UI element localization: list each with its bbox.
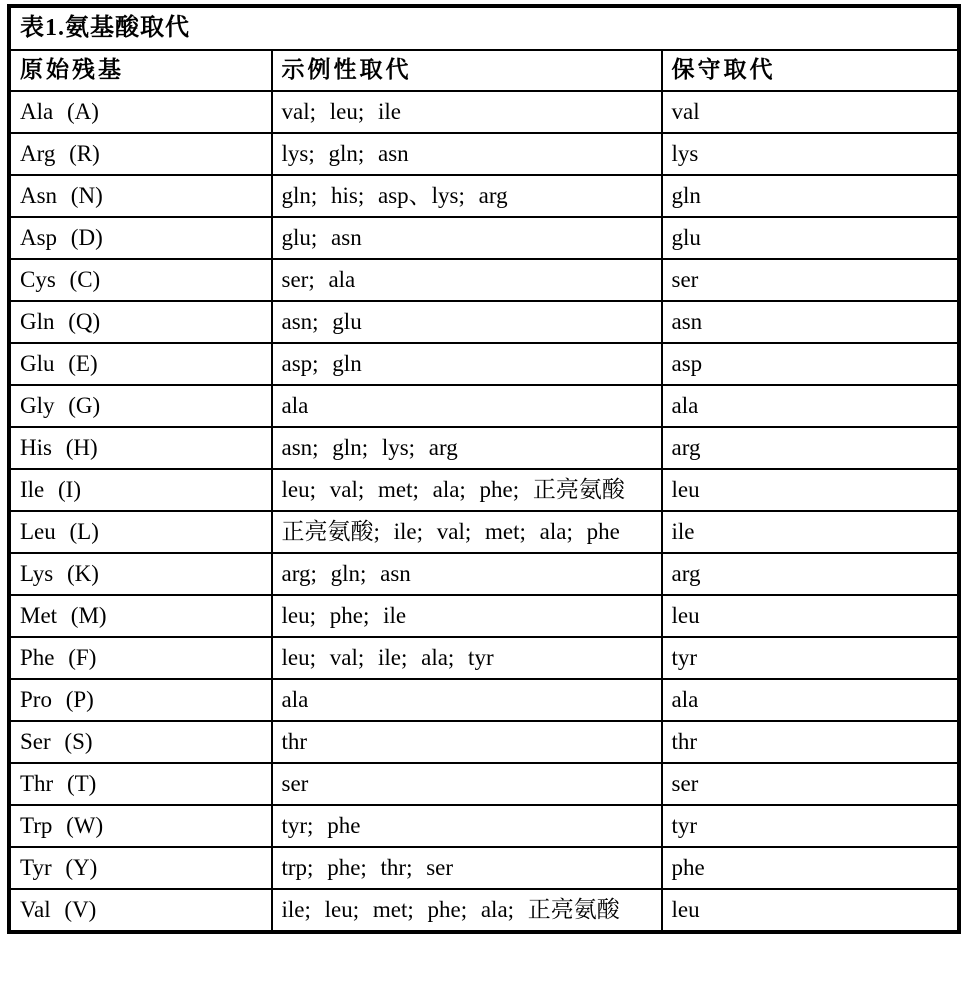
original-residue-cell: Ser (S) xyxy=(10,721,272,763)
table-row: Ala (A) val; leu; ile val xyxy=(10,91,959,133)
table-row: Phe (F) leu; val; ile; ala; tyr tyr xyxy=(10,637,959,679)
table-row: Trp (W) tyr; phe tyr xyxy=(10,805,959,847)
conservative-substitutions-cell: ser xyxy=(662,259,959,301)
exemplary-substitutions-cell: ala xyxy=(272,679,662,721)
conservative-substitutions-cell: leu xyxy=(662,889,959,932)
table-row: Tyr (Y) trp; phe; thr; ser phe xyxy=(10,847,959,889)
table-title-row: 表1.氨基酸取代 xyxy=(10,7,959,51)
exemplary-substitutions-cell: 正亮氨酸; ile; val; met; ala; phe xyxy=(272,511,662,553)
table-row: Gln (Q) asn; glu asn xyxy=(10,301,959,343)
exemplary-substitutions-cell: ile; leu; met; phe; ala; 正亮氨酸 xyxy=(272,889,662,932)
table-row: Pro (P) ala ala xyxy=(10,679,959,721)
table-row: Asp (D) glu; asn glu xyxy=(10,217,959,259)
table-row: Met (M) leu; phe; ile leu xyxy=(10,595,959,637)
exemplary-substitutions-cell: glu; asn xyxy=(272,217,662,259)
conservative-substitutions-cell: tyr xyxy=(662,805,959,847)
exemplary-substitutions-cell: trp; phe; thr; ser xyxy=(272,847,662,889)
column-header-original-residue: 原始残基 xyxy=(10,50,272,91)
original-residue-cell: Asp (D) xyxy=(10,217,272,259)
column-header-exemplary-substitutions: 示例性取代 xyxy=(272,50,662,91)
original-residue-cell: Asn (N) xyxy=(10,175,272,217)
conservative-substitutions-cell: thr xyxy=(662,721,959,763)
exemplary-substitutions-cell: leu; val; ile; ala; tyr xyxy=(272,637,662,679)
original-residue-cell: His (H) xyxy=(10,427,272,469)
exemplary-substitutions-cell: arg; gln; asn xyxy=(272,553,662,595)
conservative-substitutions-cell: asp xyxy=(662,343,959,385)
exemplary-substitutions-cell: tyr; phe xyxy=(272,805,662,847)
table-row: Lys (K) arg; gln; asn arg xyxy=(10,553,959,595)
original-residue-cell: Ile (I) xyxy=(10,469,272,511)
table-row: Asn (N) gln; his; asp、lys; arg gln xyxy=(10,175,959,217)
table-row: Gly (G) ala ala xyxy=(10,385,959,427)
conservative-substitutions-cell: lys xyxy=(662,133,959,175)
exemplary-substitutions-cell: ser; ala xyxy=(272,259,662,301)
conservative-substitutions-cell: leu xyxy=(662,469,959,511)
table-row: Arg (R) lys; gln; asn lys xyxy=(10,133,959,175)
exemplary-substitutions-cell: asn; glu xyxy=(272,301,662,343)
patent-document-page: 表1.氨基酸取代 原始残基 示例性取代 保守取代 Ala (A) val; le… xyxy=(0,0,965,1000)
original-residue-cell: Gly (G) xyxy=(10,385,272,427)
original-residue-cell: Tyr (Y) xyxy=(10,847,272,889)
conservative-substitutions-cell: gln xyxy=(662,175,959,217)
conservative-substitutions-cell: asn xyxy=(662,301,959,343)
original-residue-cell: Met (M) xyxy=(10,595,272,637)
original-residue-cell: Glu (E) xyxy=(10,343,272,385)
exemplary-substitutions-cell: leu; val; met; ala; phe; 正亮氨酸 xyxy=(272,469,662,511)
exemplary-substitutions-cell: ala xyxy=(272,385,662,427)
conservative-substitutions-cell: ser xyxy=(662,763,959,805)
conservative-substitutions-cell: arg xyxy=(662,427,959,469)
column-header-conservative-substitutions: 保守取代 xyxy=(662,50,959,91)
original-residue-cell: Pro (P) xyxy=(10,679,272,721)
original-residue-cell: Arg (R) xyxy=(10,133,272,175)
exemplary-substitutions-cell: leu; phe; ile xyxy=(272,595,662,637)
table-row: His (H) asn; gln; lys; arg arg xyxy=(10,427,959,469)
exemplary-substitutions-cell: asp; gln xyxy=(272,343,662,385)
table-body: Ala (A) val; leu; ile val Arg (R) lys; g… xyxy=(10,91,959,932)
conservative-substitutions-cell: phe xyxy=(662,847,959,889)
conservative-substitutions-cell: tyr xyxy=(662,637,959,679)
conservative-substitutions-cell: ala xyxy=(662,679,959,721)
original-residue-cell: Cys (C) xyxy=(10,259,272,301)
table-row: Ser (S) thr thr xyxy=(10,721,959,763)
original-residue-cell: Gln (Q) xyxy=(10,301,272,343)
table-header-row: 原始残基 示例性取代 保守取代 xyxy=(10,50,959,91)
original-residue-cell: Phe (F) xyxy=(10,637,272,679)
table-row: Leu (L) 正亮氨酸; ile; val; met; ala; phe il… xyxy=(10,511,959,553)
exemplary-substitutions-cell: asn; gln; lys; arg xyxy=(272,427,662,469)
table-row: Cys (C) ser; ala ser xyxy=(10,259,959,301)
exemplary-substitutions-cell: val; leu; ile xyxy=(272,91,662,133)
table-title: 表1.氨基酸取代 xyxy=(10,7,959,51)
amino-acid-substitution-table: 表1.氨基酸取代 原始残基 示例性取代 保守取代 Ala (A) val; le… xyxy=(8,5,960,933)
conservative-substitutions-cell: val xyxy=(662,91,959,133)
exemplary-substitutions-cell: ser xyxy=(272,763,662,805)
original-residue-cell: Lys (K) xyxy=(10,553,272,595)
exemplary-substitutions-cell: gln; his; asp、lys; arg xyxy=(272,175,662,217)
original-residue-cell: Trp (W) xyxy=(10,805,272,847)
original-residue-cell: Leu (L) xyxy=(10,511,272,553)
table-row: Ile (I) leu; val; met; ala; phe; 正亮氨酸 le… xyxy=(10,469,959,511)
exemplary-substitutions-cell: thr xyxy=(272,721,662,763)
conservative-substitutions-cell: glu xyxy=(662,217,959,259)
original-residue-cell: Ala (A) xyxy=(10,91,272,133)
original-residue-cell: Val (V) xyxy=(10,889,272,932)
conservative-substitutions-cell: ile xyxy=(662,511,959,553)
table-row: Glu (E) asp; gln asp xyxy=(10,343,959,385)
conservative-substitutions-cell: arg xyxy=(662,553,959,595)
exemplary-substitutions-cell: lys; gln; asn xyxy=(272,133,662,175)
conservative-substitutions-cell: ala xyxy=(662,385,959,427)
table-row: Thr (T) ser ser xyxy=(10,763,959,805)
table-row: Val (V) ile; leu; met; phe; ala; 正亮氨酸 le… xyxy=(10,889,959,932)
original-residue-cell: Thr (T) xyxy=(10,763,272,805)
conservative-substitutions-cell: leu xyxy=(662,595,959,637)
